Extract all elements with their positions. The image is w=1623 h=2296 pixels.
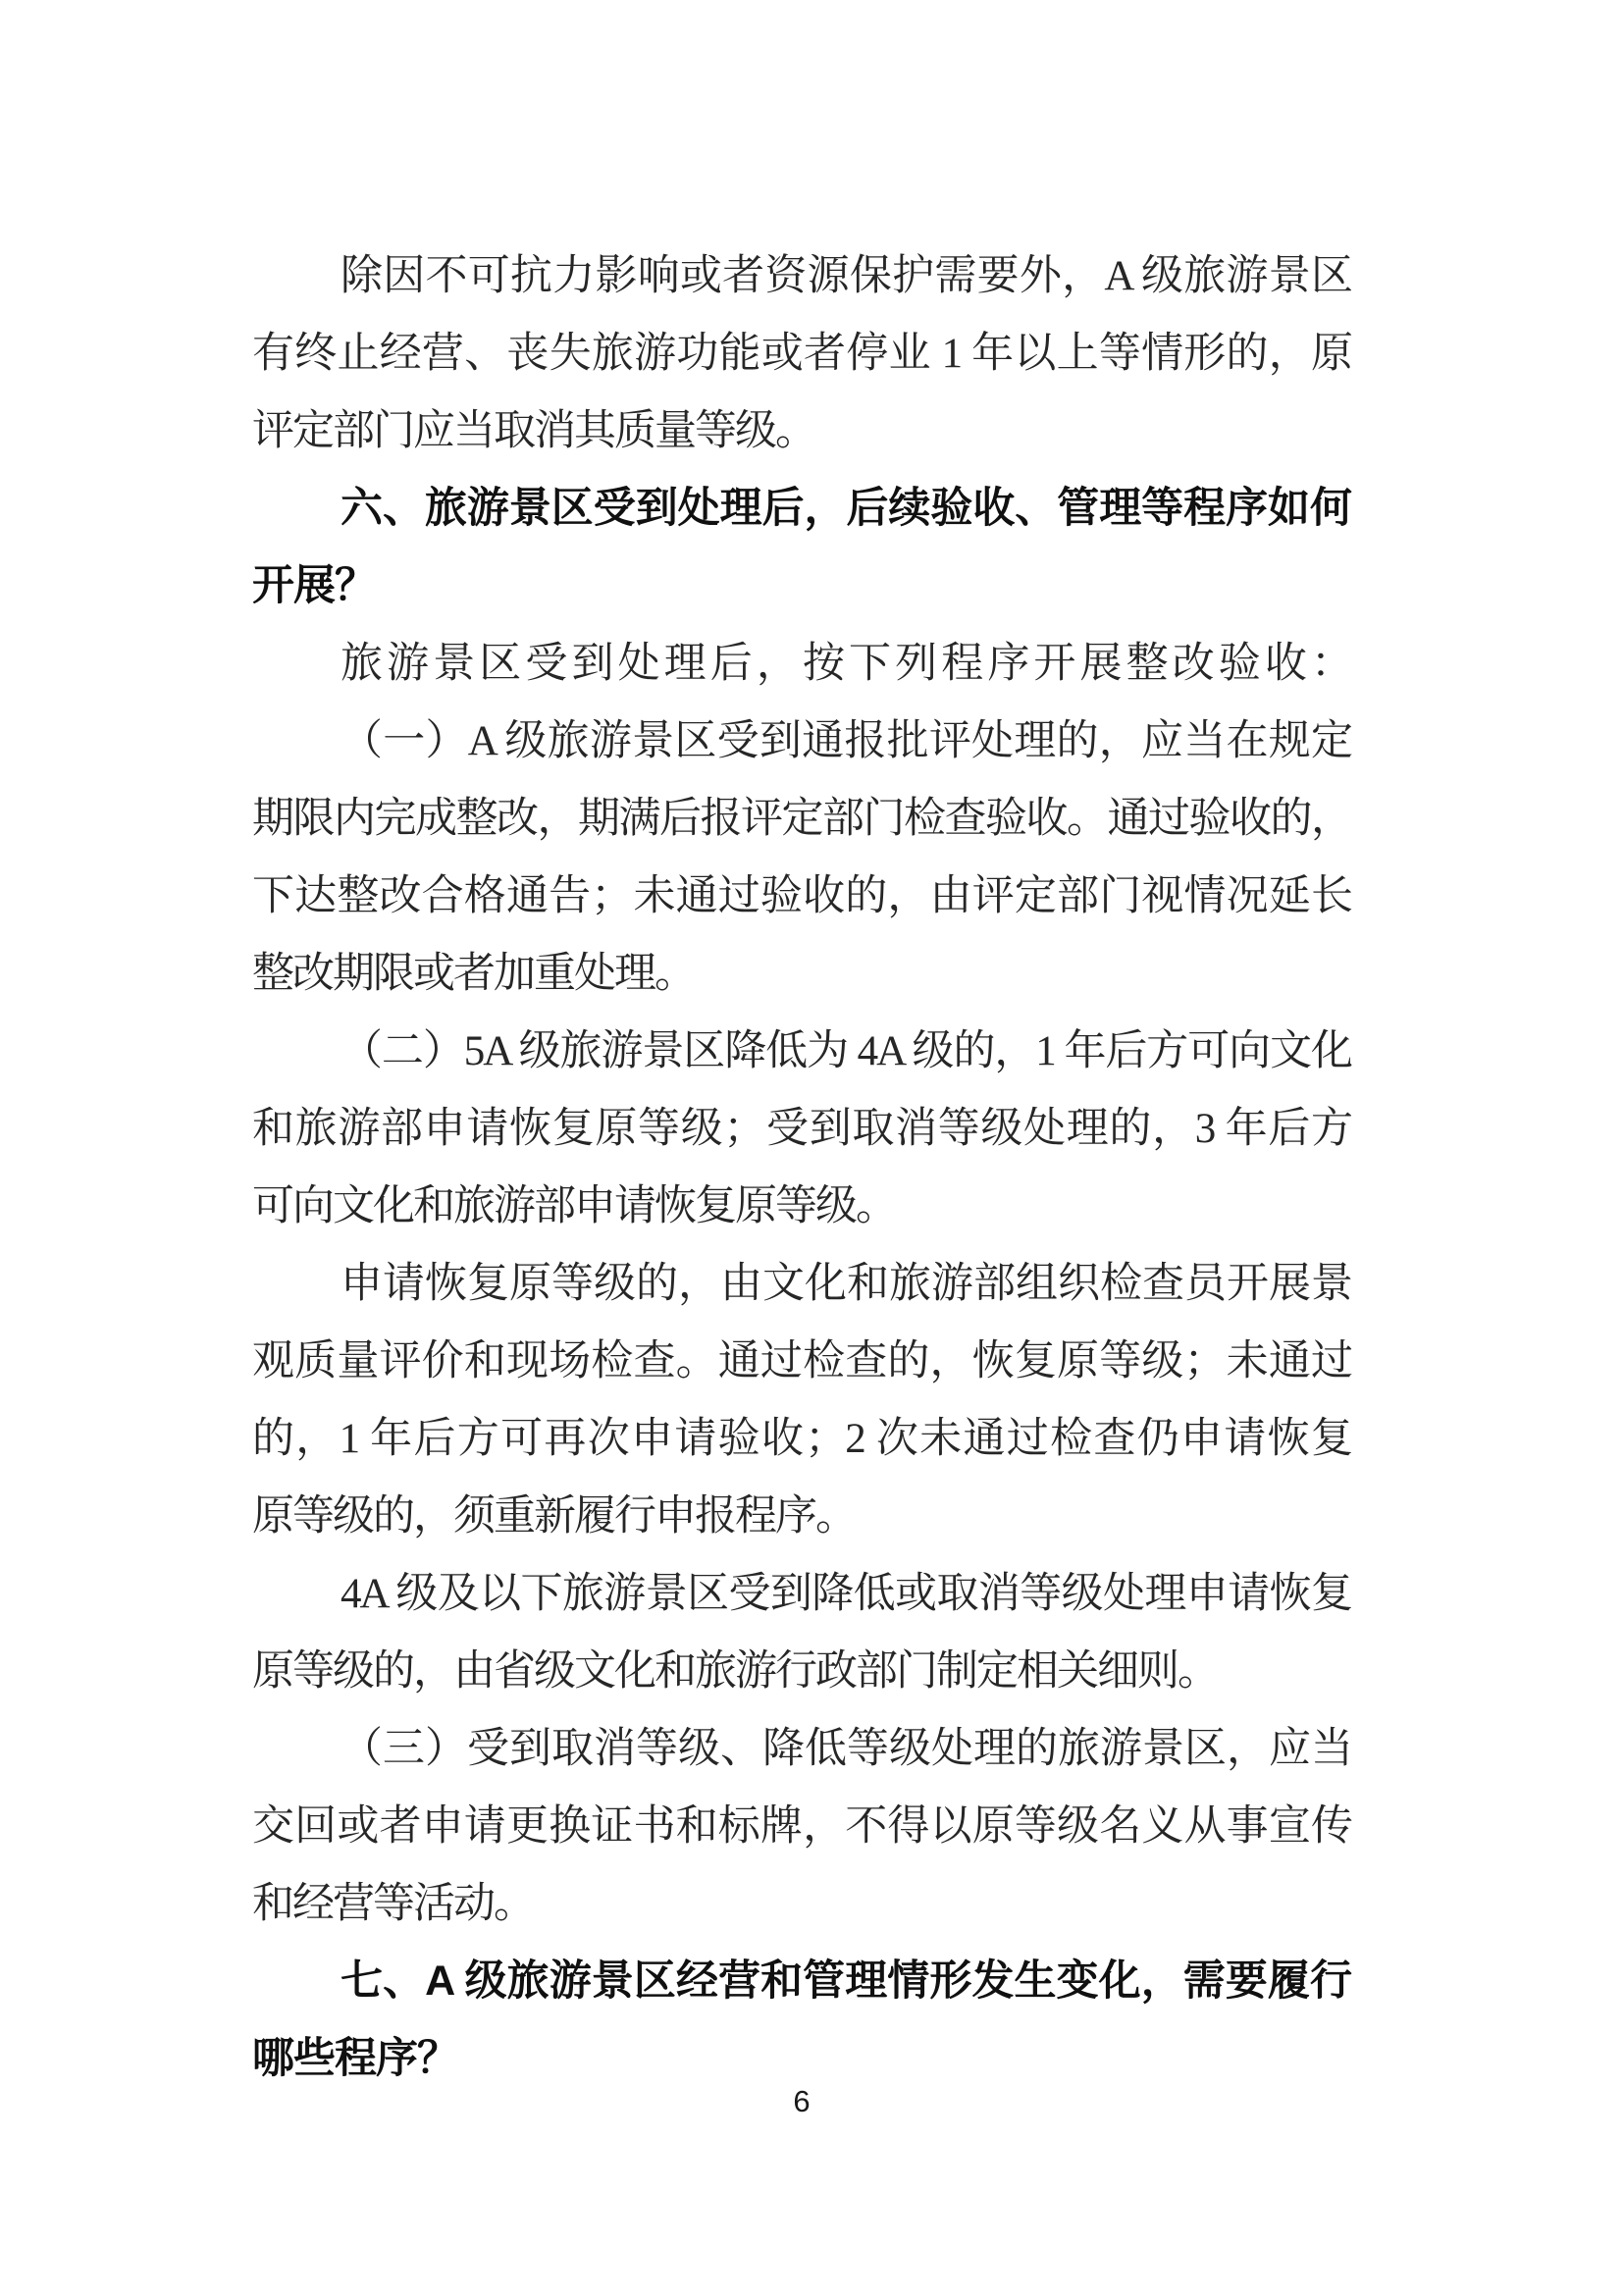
- text-line: 的，1 年后方可再次申请验收；2 次未通过检查仍申请恢复: [252, 1400, 1351, 1478]
- heading-line: 开展？: [252, 548, 1351, 625]
- text-line: 4A 级及以下旅游景区受到降低或取消等级处理申请恢复: [252, 1555, 1351, 1633]
- text-line: 旅游景区受到处理后，按下列程序开展整改验收：: [252, 625, 1351, 703]
- text-line: 原等级的，须重新履行申报程序。: [252, 1478, 1351, 1555]
- text-line: （二）5A 级旅游景区降低为 4A 级的，1 年后方可向文化: [252, 1013, 1351, 1090]
- text-line: 下达整改合格通告；未通过验收的，由评定部门视情况延长: [252, 858, 1351, 935]
- paragraph: （三）受到取消等级、降低等级处理的旅游景区，应当 交回或者申请更换证书和标牌，不…: [252, 1710, 1351, 1943]
- text-line: 观质量评价和现场检查。通过检查的，恢复原等级；未通过: [252, 1323, 1351, 1400]
- paragraph: 旅游景区受到处理后，按下列程序开展整改验收：: [252, 625, 1351, 703]
- text-line: 评定部门应当取消其质量等级。: [252, 392, 1351, 470]
- paragraph: （二）5A 级旅游景区降低为 4A 级的，1 年后方可向文化 和旅游部申请恢复原…: [252, 1013, 1351, 1245]
- paragraph: 4A 级及以下旅游景区受到降低或取消等级处理申请恢复 原等级的，由省级文化和旅游…: [252, 1555, 1351, 1710]
- section-heading: 六、旅游景区受到处理后，后续验收、管理等程序如何 开展？: [252, 470, 1351, 625]
- document-page: 除因不可抗力影响或者资源保护需要外，A 级旅游景区 有终止经营、丧失旅游功能或者…: [0, 0, 1623, 2296]
- paragraph: （一）A 级旅游景区受到通报批评处理的，应当在规定 期限内完成整改，期满后报评定…: [252, 703, 1351, 1013]
- text-line: 和经营等活动。: [252, 1865, 1351, 1943]
- paragraph: 除因不可抗力影响或者资源保护需要外，A 级旅游景区 有终止经营、丧失旅游功能或者…: [252, 237, 1351, 470]
- text-line: 原等级的，由省级文化和旅游行政部门制定相关细则。: [252, 1633, 1351, 1710]
- paragraph: 申请恢复原等级的，由文化和旅游部组织检查员开展景 观质量评价和现场检查。通过检查…: [252, 1245, 1351, 1555]
- text-line: 整改期限或者加重处理。: [252, 935, 1351, 1013]
- text-line: 有终止经营、丧失旅游功能或者停业 1 年以上等情形的，原: [252, 315, 1351, 392]
- text-line: 可向文化和旅游部申请恢复原等级。: [252, 1168, 1351, 1245]
- text-line: 交回或者申请更换证书和标牌，不得以原等级名义从事宣传: [252, 1788, 1351, 1865]
- text-line: 和旅游部申请恢复原等级；受到取消等级处理的，3 年后方: [252, 1090, 1351, 1168]
- heading-line: 六、旅游景区受到处理后，后续验收、管理等程序如何: [252, 470, 1351, 548]
- text-line: （一）A 级旅游景区受到通报批评处理的，应当在规定: [252, 703, 1351, 780]
- page-number: 6: [252, 2084, 1351, 2119]
- text-line: （三）受到取消等级、降低等级处理的旅游景区，应当: [252, 1710, 1351, 1788]
- section-heading: 七、A 级旅游景区经营和管理情形发生变化，需要履行 哪些程序？: [252, 1943, 1351, 2098]
- text-line: 期限内完成整改，期满后报评定部门检查验收。通过验收的，: [252, 780, 1351, 858]
- text-line: 申请恢复原等级的，由文化和旅游部组织检查员开展景: [252, 1245, 1351, 1323]
- document-body: 除因不可抗力影响或者资源保护需要外，A 级旅游景区 有终止经营、丧失旅游功能或者…: [252, 237, 1351, 2098]
- heading-line: 七、A 级旅游景区经营和管理情形发生变化，需要履行: [252, 1943, 1351, 2020]
- text-line: 除因不可抗力影响或者资源保护需要外，A 级旅游景区: [252, 237, 1351, 315]
